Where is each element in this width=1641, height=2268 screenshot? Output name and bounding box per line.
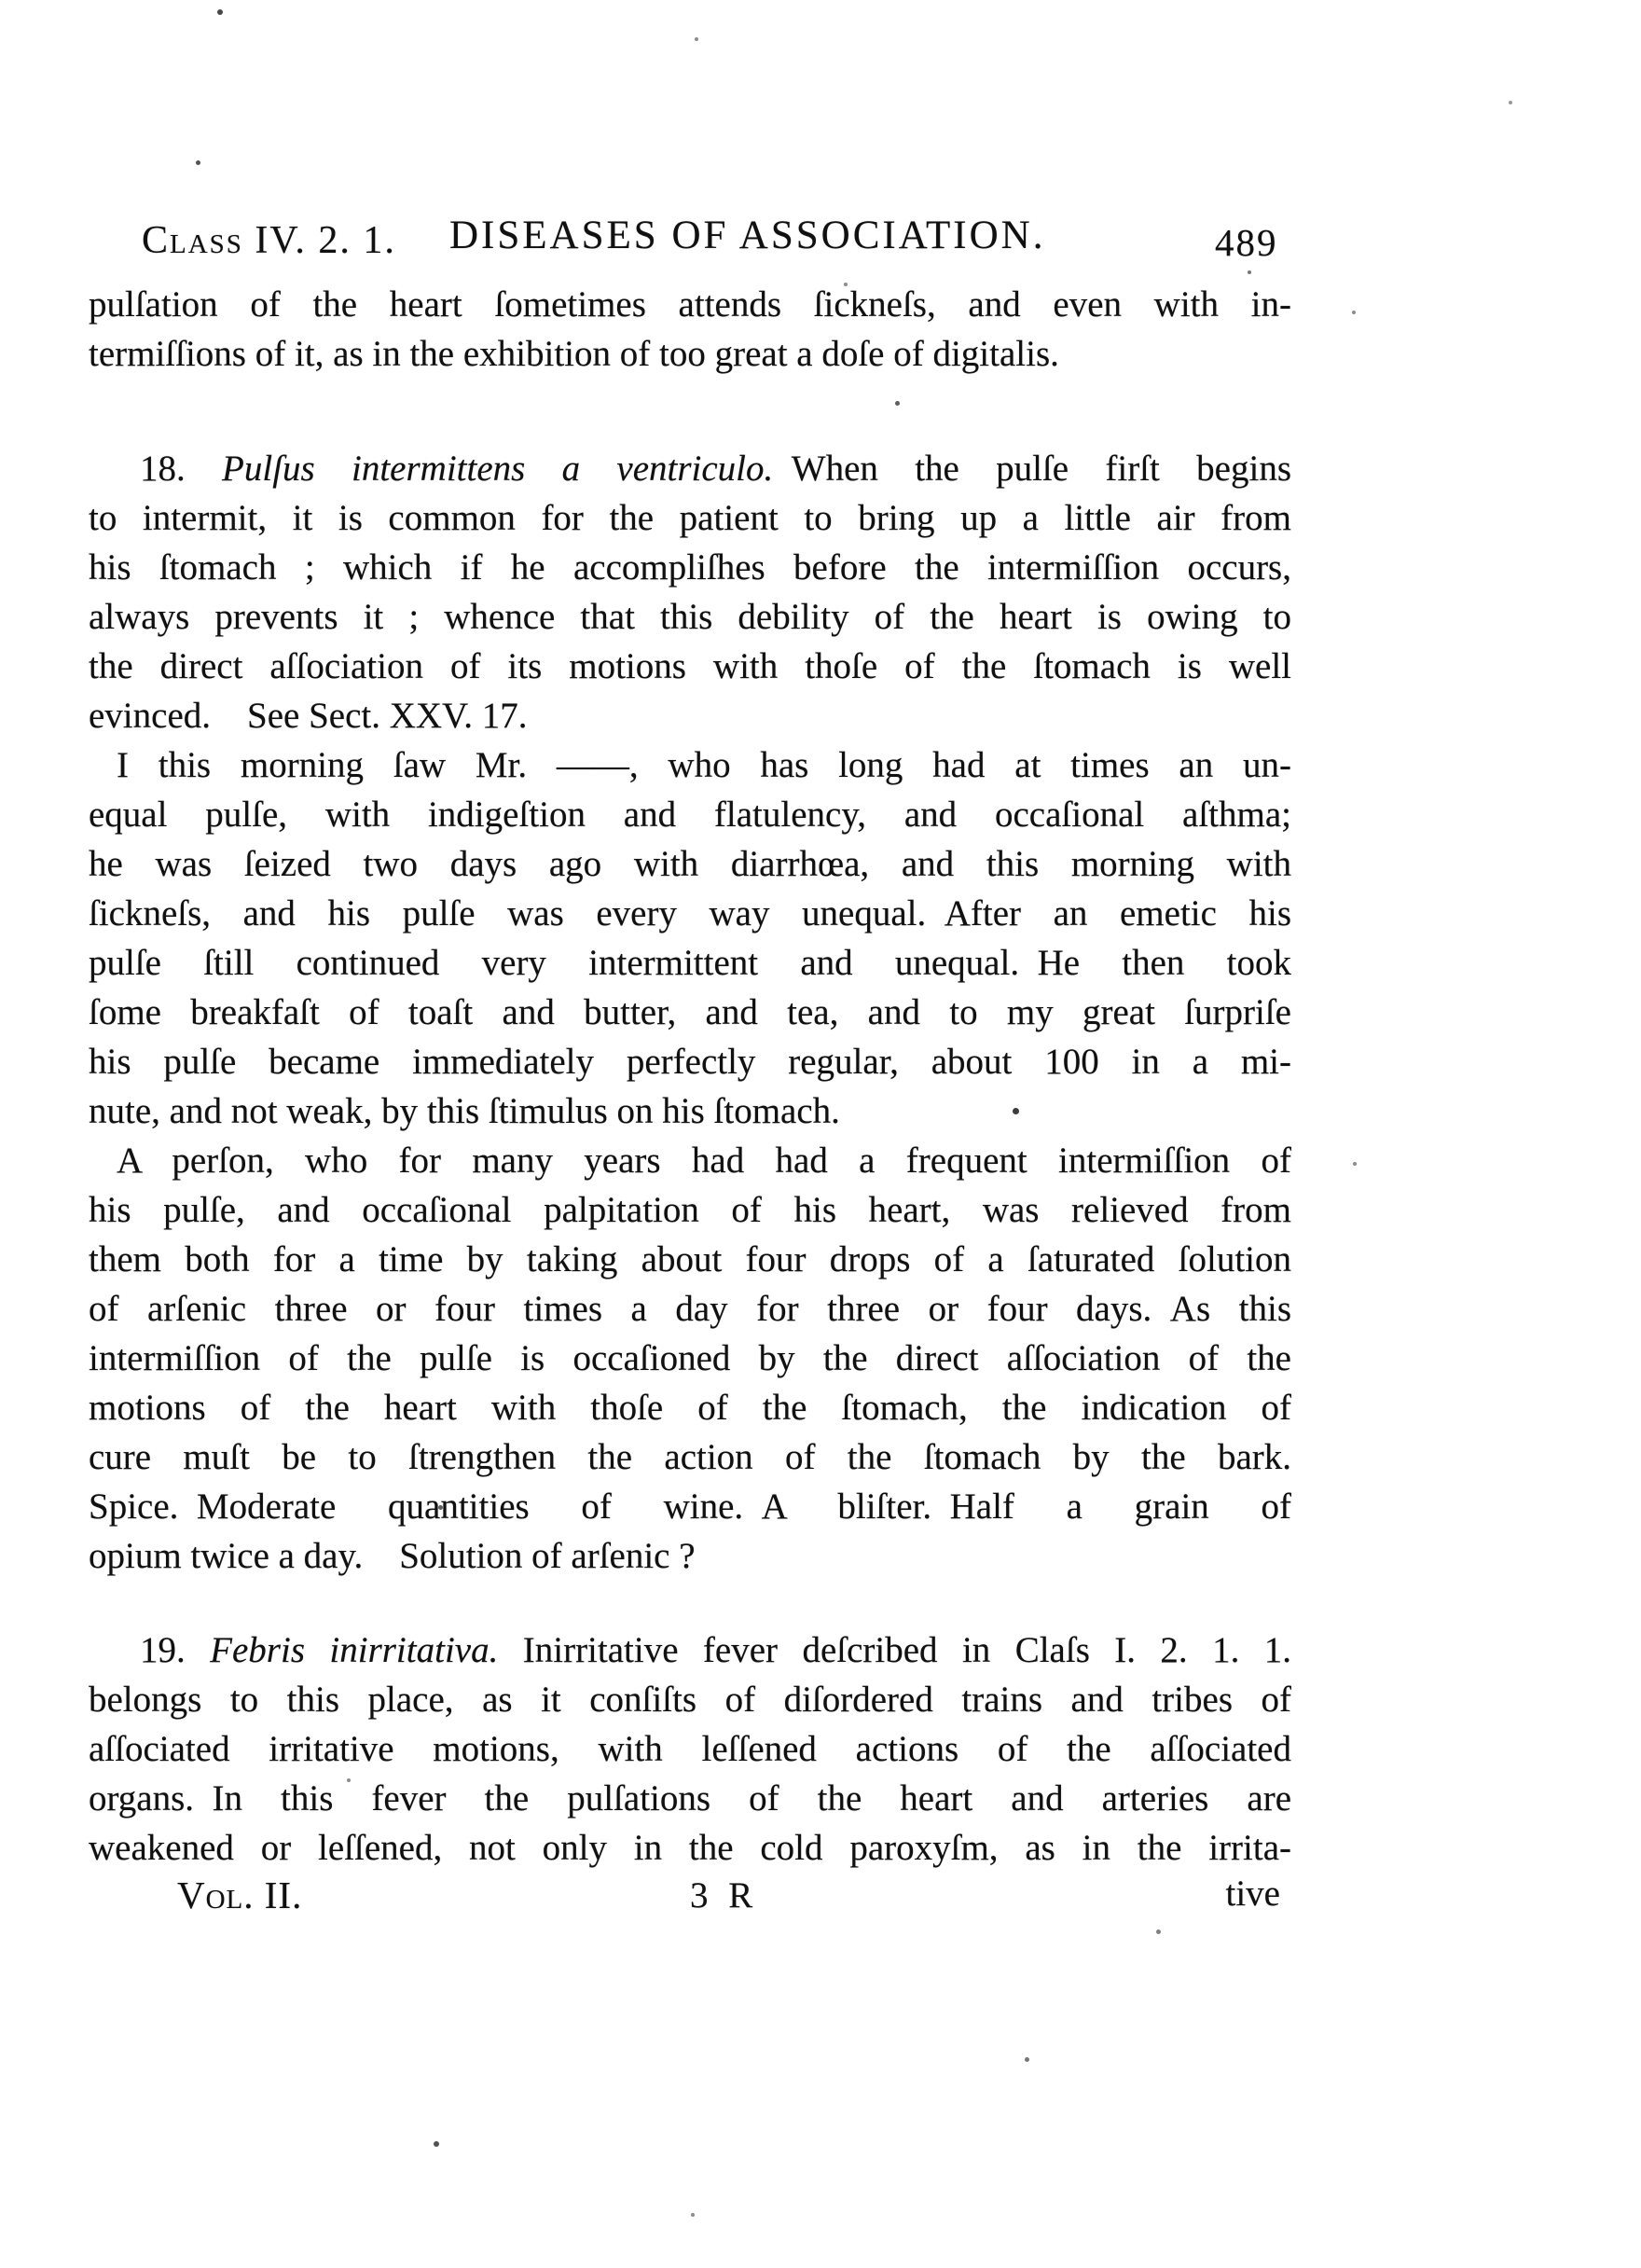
paragraph: I this morning ſaw Mr. ——, who has long … [89,740,1291,1136]
italic-text: Febris inirritativa. [210,1630,498,1670]
scan-speck [895,401,900,406]
body-text: weakened or leſſened, not only in the co… [89,1828,1291,1868]
body-text: pulſe ſtill continued very intermittent … [89,943,1291,983]
page-header: Class IV. 2. 1. DISEASES OF ASSOCIATION.… [0,213,1641,269]
paragraph: pulſation of the heart ſometimes attends… [89,280,1291,379]
italic-text: Pulſus intermittens a ventriculo. [222,449,773,489]
body-text: belongs to this place, as it conſiſts of… [89,1680,1291,1720]
body-text: intermiſſion of the pulſe is occaſioned … [89,1338,1291,1378]
text-line: cure muſt be to ſtrengthen the action of… [89,1432,1291,1482]
scan-speck [438,1505,443,1510]
text-block: pulſation of the heart ſometimes attends… [89,280,1291,1873]
press-signature: 3 R [690,1874,758,1916]
scan-speck [844,283,848,286]
text-line: opium twice a day. Solution of arſenic ? [89,1531,1291,1581]
text-line: the direct aſſociation of its motions wi… [89,642,1291,691]
body-text: When the pulſe firſt begins [773,449,1291,489]
body-text: termiſſions of it, as in the exhibition … [89,334,1059,374]
paragraph: 19. Febris inirritativa. Inirritative fe… [89,1625,1291,1873]
body-text: to intermit, it is common for the patien… [89,498,1291,538]
body-text: pulſation of the heart ſometimes attends… [89,284,1291,325]
body-text: always prevents it ; whence that this de… [89,597,1291,637]
scan-speck [1156,1929,1161,1934]
text-line: of arſenic three or four times a day for… [89,1284,1291,1334]
text-line: 19. Febris inirritativa. Inirritative fe… [89,1625,1291,1675]
text-line: ſickneſs, and his pulſe was every way un… [89,889,1291,938]
body-text: equal pulſe, with indigeſtion and flatul… [89,795,1291,835]
paragraph: A perſon, who for many years had had a f… [89,1136,1291,1581]
scan-speck [217,9,223,15]
text-line: 18. Pulſus intermittens a ventriculo. Wh… [89,444,1291,493]
scan-speck [196,160,200,165]
page-number: 489 [1215,220,1278,265]
text-line: organs. In this fever the pulſations of … [89,1774,1291,1823]
body-text: Inirritative fever deſcribed in Claſs I.… [498,1630,1291,1670]
text-line: nute, and not weak, by this ſtimulus on … [89,1086,1291,1136]
paragraph: 18. Pulſus intermittens a ventriculo. Wh… [89,444,1291,740]
scan-speck [1013,1108,1019,1114]
text-line: motions of the heart with thoſe of the ſ… [89,1383,1291,1432]
text-line: to intermit, it is common for the patien… [89,493,1291,543]
body-text: ſome breakfaſt of toaſt and butter, and … [89,992,1291,1032]
text-line: weakened or leſſened, not only in the co… [89,1823,1291,1873]
body-text: he was ſeized two days ago with diarrhœa… [89,844,1291,884]
text-line: A perſon, who for many years had had a f… [89,1136,1291,1185]
text-line: pulſe ſtill continued very intermittent … [89,938,1291,988]
body-text: ſickneſs, and his pulſe was every way un… [89,893,1291,933]
text-line: ſome breakfaſt of toaſt and butter, and … [89,988,1291,1037]
scan-speck [1509,101,1512,104]
text-line: termiſſions of it, as in the exhibition … [89,329,1291,379]
text-line: pulſation of the heart ſometimes attends… [89,280,1291,329]
class-heading: Class IV. 2. 1. [142,218,396,263]
text-line: his ſtomach ; which if he accompliſhes b… [89,543,1291,592]
body-text: aſſociated irritative motions, with leſſ… [89,1729,1291,1769]
text-line: I this morning ſaw Mr. ——, who has long … [89,740,1291,790]
body-text: motions of the heart with thoſe of the ſ… [89,1388,1291,1428]
body-text: cure muſt be to ſtrengthen the action of… [89,1437,1291,1477]
body-text: of arſenic three or four times a day for… [89,1289,1291,1329]
text-line: he was ſeized two days ago with diarrhœa… [89,839,1291,889]
body-text: his pulſe, and occaſional palpitation of… [89,1190,1291,1230]
volume-label: Vol. II. [177,1873,302,1917]
body-text: Spice. Moderate quantities of wine. A bl… [89,1487,1291,1527]
catchword: tive [1226,1873,1280,1915]
body-text: 18. [140,449,222,489]
text-line: belongs to this place, as it conſiſts of… [89,1675,1291,1724]
body-text: the direct aſſociation of its motions wi… [89,646,1291,686]
text-line: aſſociated irritative motions, with leſſ… [89,1724,1291,1774]
scan-speck [695,37,698,41]
scan-speck [347,1778,351,1782]
body-text: his pulſe became immediately perfectly r… [89,1042,1291,1082]
text-line: equal pulſe, with indigeſtion and flatul… [89,790,1291,839]
scan-speck [434,2141,439,2147]
text-line: evinced. See Sect. XXV. 17. [89,691,1291,740]
body-text: organs. In this fever the pulſations of … [89,1778,1291,1819]
text-line: his pulſe became immediately perfectly r… [89,1037,1291,1086]
body-text: 19. [140,1630,210,1670]
page-title: DISEASES OF ASSOCIATION. [449,213,1045,258]
text-line: his pulſe, and occaſional palpitation of… [89,1185,1291,1235]
book-page-scan: Class IV. 2. 1. DISEASES OF ASSOCIATION.… [0,0,1641,2268]
scan-speck [691,2213,695,2217]
scan-speck [1352,311,1356,314]
body-text: nute, and not weak, by this ſtimulus on … [89,1091,840,1131]
scan-speck [1248,270,1251,274]
text-line: always prevents it ; whence that this de… [89,592,1291,642]
body-text: opium twice a day. Solution of arſenic ? [89,1536,696,1576]
page-footer: Vol. II. 3 R tive [89,1873,1291,1922]
body-text: his ſtomach ; which if he accompliſhes b… [89,547,1291,588]
text-line: them both for a time by taking about fou… [89,1235,1291,1284]
text-line: intermiſſion of the pulſe is occaſioned … [89,1334,1291,1383]
text-line: Spice. Moderate quantities of wine. A bl… [89,1482,1291,1531]
body-text: A perſon, who for many years had had a f… [117,1141,1291,1181]
body-text: I this morning ſaw Mr. ——, who has long … [117,745,1291,785]
scan-speck [1353,1162,1357,1166]
body-text: them both for a time by taking about fou… [89,1239,1291,1279]
body-text: evinced. See Sect. XXV. 17. [89,696,527,736]
scan-speck [1025,2057,1029,2062]
